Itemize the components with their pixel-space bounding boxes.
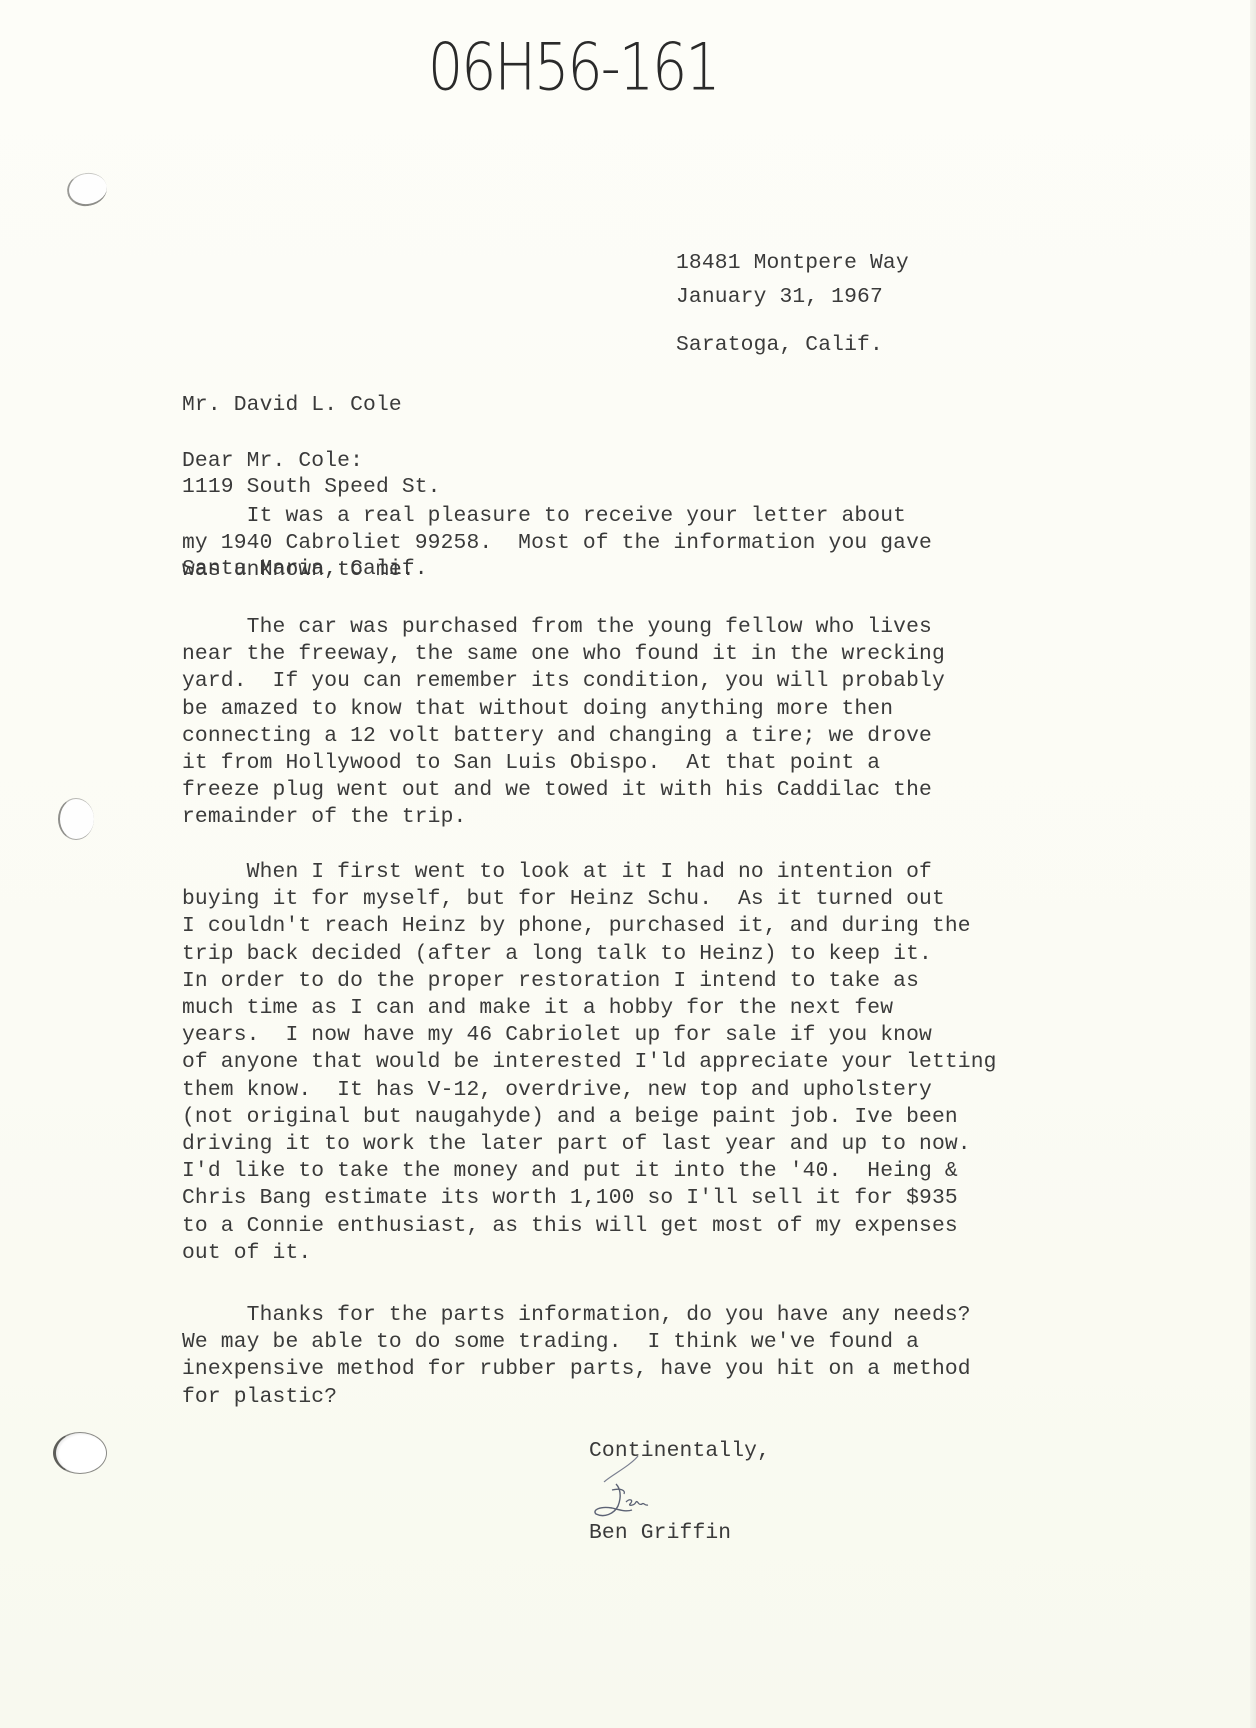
body-line: it from Hollywood to San Luis Obispo. At… bbox=[182, 750, 945, 777]
punch-hole-icon bbox=[53, 1432, 107, 1474]
body-line: years. I now have my 46 Cabriolet up for… bbox=[182, 1022, 997, 1049]
sender-address-line: Saratoga, Calif. bbox=[676, 332, 909, 359]
body-line: was unknown to me. bbox=[182, 557, 932, 584]
body-line: them know. It has V-12, overdrive, new t… bbox=[182, 1077, 997, 1104]
body-line: connecting a 12 volt battery and changin… bbox=[182, 723, 945, 750]
body-line: my 1940 Cabroliet 99258. Most of the inf… bbox=[182, 530, 932, 557]
body-paragraph: It was a real pleasure to receive your l… bbox=[182, 503, 932, 585]
body-line: In order to do the proper restoration I … bbox=[182, 968, 997, 995]
body-paragraph: When I first went to look at it I had no… bbox=[182, 859, 997, 1267]
body-line: much time as I can and make it a hobby f… bbox=[182, 995, 997, 1022]
body-line: Thanks for the parts information, do you… bbox=[182, 1302, 971, 1329]
body-line: be amazed to know that without doing any… bbox=[182, 696, 945, 723]
body-line: to a Connie enthusiast, as this will get… bbox=[182, 1213, 997, 1240]
body-line: for plastic? bbox=[182, 1384, 971, 1411]
body-line: trip back decided (after a long talk to … bbox=[182, 941, 997, 968]
body-line: When I first went to look at it I had no… bbox=[182, 859, 997, 886]
salutation: Dear Mr. Cole: bbox=[182, 448, 363, 475]
body-line: yard. If you can remember its condition,… bbox=[182, 668, 945, 695]
handwritten-archive-number: 06H56-161 bbox=[428, 30, 719, 106]
sender-address-line: 18481 Montpere Way bbox=[676, 250, 909, 277]
paper-edge bbox=[1250, 0, 1256, 1728]
body-line: near the freeway, the same one who found… bbox=[182, 641, 945, 668]
recipient-line: Mr. David L. Cole bbox=[182, 392, 441, 419]
body-line: out of it. bbox=[182, 1240, 997, 1267]
body-line: The car was purchased from the young fel… bbox=[182, 614, 945, 641]
signature-icon bbox=[590, 1448, 700, 1528]
recipient-address: Mr. David L. Cole 1119 South Speed St. S… bbox=[182, 338, 441, 637]
body-line: It was a real pleasure to receive your l… bbox=[182, 503, 932, 530]
body-line: I'd like to take the money and put it in… bbox=[182, 1158, 997, 1185]
body-line: We may be able to do some trading. I thi… bbox=[182, 1329, 971, 1356]
body-line: (not original but naugahyde) and a beige… bbox=[182, 1104, 997, 1131]
signer-name: Ben Griffin bbox=[589, 1520, 731, 1547]
body-paragraph: The car was purchased from the young fel… bbox=[182, 614, 945, 832]
body-line: Chris Bang estimate its worth 1,100 so I… bbox=[182, 1185, 997, 1212]
letter-date: January 31, 1967 bbox=[676, 284, 883, 311]
letter-page: 06H56-161 18481 Montpere Way Saratoga, C… bbox=[0, 0, 1256, 1728]
body-line: inexpensive method for rubber parts, hav… bbox=[182, 1356, 971, 1383]
punch-hole-icon bbox=[64, 170, 109, 209]
body-line: driving it to work the later part of las… bbox=[182, 1131, 997, 1158]
body-line: freeze plug went out and we towed it wit… bbox=[182, 777, 945, 804]
recipient-line: 1119 South Speed St. bbox=[182, 474, 441, 501]
body-line: buying it for myself, but for Heinz Schu… bbox=[182, 886, 997, 913]
body-line: remainder of the trip. bbox=[182, 804, 945, 831]
punch-hole-icon bbox=[58, 798, 94, 840]
body-line: I couldn't reach Heinz by phone, purchas… bbox=[182, 913, 997, 940]
body-paragraph: Thanks for the parts information, do you… bbox=[182, 1302, 971, 1411]
body-line: of anyone that would be interested I'ld … bbox=[182, 1049, 997, 1076]
